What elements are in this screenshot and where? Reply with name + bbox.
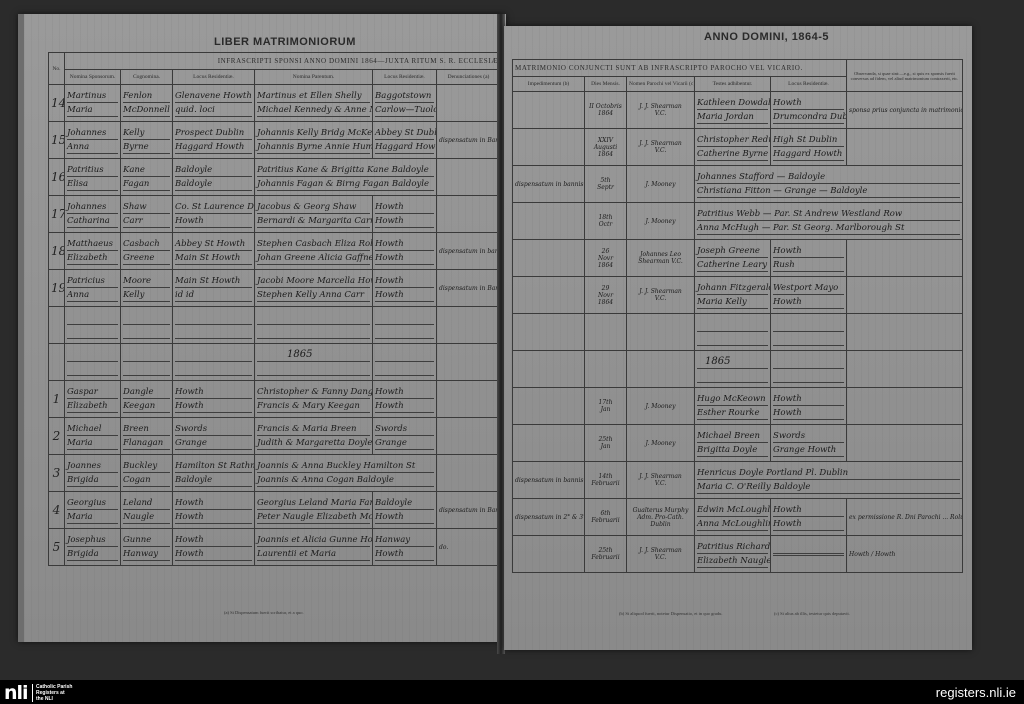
table-row: 25thFebruarii J. J. ShearmanV.C. Patriti… <box>513 536 963 573</box>
marriage-date-day: 17th <box>599 399 613 406</box>
table-row: 15 JohannesAnna KellyByrne Prospect Dubl… <box>49 122 501 159</box>
denunciations: do. <box>437 529 501 566</box>
denunciations <box>437 418 501 455</box>
table-row: dispensatum in bannis 14thFebruarii J. J… <box>513 462 963 499</box>
groom-parents-residence: Baggotstown <box>375 90 434 103</box>
marriage-date-day: 6th <box>600 510 610 517</box>
col-header-names: Nomina Sponsorum. <box>65 70 121 85</box>
year-marker: 1865 <box>697 356 768 369</box>
witness-1: Edwin McLoughlin <box>697 504 768 517</box>
priest-location: Dublin <box>650 521 670 528</box>
groom-residence: Howth <box>175 386 252 399</box>
marriage-date-day: 14th <box>599 473 613 480</box>
bride-parents: Laurentii et Maria <box>257 548 370 561</box>
table-row: II Octobris1864 J. J. ShearmanV.C. Kathl… <box>513 92 963 129</box>
table-row: 19 PatriciusAnna MooreKelly Main St Howt… <box>49 270 501 307</box>
marriage-date-month: Septr <box>597 184 614 191</box>
table-row: 17 JohannesCatharina ShawCarr Co. St Lau… <box>49 196 501 233</box>
marriage-date-day: XXIV <box>598 137 613 144</box>
bride-name: Elizabeth <box>67 400 118 413</box>
entry-number: 3 <box>49 455 65 492</box>
priest-title: V.C. <box>655 554 666 561</box>
bride-parents: Johannis Byrne Annie Humphry <box>257 141 370 154</box>
bride-residence: Main St Howth <box>175 252 252 265</box>
bride-residence: Baldoyle <box>175 474 252 487</box>
bride-residence: id id <box>175 289 252 302</box>
marriage-date-month: Jan <box>601 406 611 413</box>
priest-name: Johannes Leo <box>640 251 681 258</box>
bride-name: Elizabeth <box>67 252 118 265</box>
marriage-date-day: 26 <box>602 248 610 255</box>
table-row-blank <box>49 307 501 344</box>
groom-surname: Casbach <box>123 238 170 251</box>
observations: sponsa prius conjuncta in matrimonio fue… <box>847 92 963 129</box>
col-header-observations: Observanda, si quae sint:—e.g., si quis … <box>847 60 963 92</box>
groom-residence: Glenavene Howth <box>175 90 252 103</box>
impediment <box>513 92 585 129</box>
bride-parents: Bernardi & Margarita Carr <box>257 215 370 228</box>
groom-surname: Breen <box>123 423 170 436</box>
table-row: 4 GeorgiusMaria LelandNaugle HowthHowth … <box>49 492 501 529</box>
table-row: XXIVAugusti1864 J. J. ShearmanV.C. Chris… <box>513 129 963 166</box>
groom-name: Gaspar <box>67 386 118 399</box>
observations <box>847 425 963 462</box>
logo-caption: Catholic Parish Registers at the NLI <box>36 684 72 702</box>
witness-1-residence: Westport Mayo <box>773 282 844 295</box>
marriage-table-right: MATRIMONIO CONJUNCTI SUNT AB INFRASCRIPT… <box>512 59 963 573</box>
groom-residence: Abbey St Howth <box>175 238 252 251</box>
priest-name: J. J. Shearman <box>639 473 682 480</box>
marriage-date-day: 25th <box>599 436 613 443</box>
groom-residence: Baldoyle <box>175 164 252 177</box>
col-header-date: Dies Mensis. <box>585 77 627 92</box>
col-header-residence: Locus Residentiæ. <box>173 70 255 85</box>
impediment: dispensatum in 2° & 3° consanguinitatis … <box>513 499 585 536</box>
witness-2-residence: Howth <box>773 407 844 420</box>
marriage-date-month: Novr <box>598 255 613 262</box>
marriage-table-left: No. INFRASCRIPTI SPONSI ANNO DOMINI 1864… <box>48 52 501 566</box>
priest-name: J. Mooney <box>627 166 695 203</box>
witness-2: Maria C. O'Reilly Baldoyle <box>697 481 960 494</box>
marriage-date-day: 18th <box>599 214 613 221</box>
bride-parents-residence: Howth <box>375 400 434 413</box>
impediment <box>513 129 585 166</box>
col-header-surnames: Cognomina. <box>121 70 173 85</box>
observations <box>847 277 963 314</box>
impediment: dispensatum in bannis <box>513 462 585 499</box>
table-row: 1 GasparElizabeth DangleKeegan HowthHowt… <box>49 381 501 418</box>
groom-name: Georgius <box>67 497 118 510</box>
witness-1: Joseph Greene <box>697 245 768 258</box>
witness-1: Johannes Stafford — Baldoyle <box>697 171 960 184</box>
bride-name: Anna <box>67 289 118 302</box>
witness-1: Hugo McKeown <box>697 393 768 406</box>
marriage-date-day: 29 <box>602 285 610 292</box>
witness-2: Brigitta Doyle <box>697 444 768 457</box>
bride-parents: Joannis & Anna Cogan Baldoyle <box>257 474 434 487</box>
priest-name: J. J. Shearman <box>639 103 682 110</box>
bride-residence: Grange <box>175 437 252 450</box>
col-header-no: No. <box>49 53 65 85</box>
marriage-date-month: Novr <box>598 292 613 299</box>
priest-name: J. J. Shearman <box>639 288 682 295</box>
bride-parents-residence: Haggard Howth <box>375 141 434 154</box>
impediment <box>513 240 585 277</box>
table-row: 26Novr1864 Johannes LeoShearman V.C. Jos… <box>513 240 963 277</box>
image-viewer[interactable]: LIBER MATRIMONIORUM No. INFRASCRIPTI SPO… <box>0 0 1024 680</box>
witness-2: Elizabeth Naugle <box>697 555 768 568</box>
denunciations: dispensatum in Bannis <box>437 270 501 307</box>
bride-surname: Byrne <box>123 141 170 154</box>
groom-residence: Prospect Dublin <box>175 127 252 140</box>
groom-parents-residence: Abbey St Dublin <box>375 127 434 140</box>
groom-surname: Shaw <box>123 201 170 214</box>
table-row: dispensatum in 2° & 3° consanguinitatis … <box>513 499 963 536</box>
entry-number: 1 <box>49 381 65 418</box>
groom-name: Johannes <box>67 201 118 214</box>
bride-parents: Johan Greene Alicia Gaffney <box>257 252 370 265</box>
priest-title: V.C. <box>655 110 666 117</box>
bride-parents: Johannis Fagan & Birng Fagan Baldoyle <box>257 178 434 191</box>
groom-parents: Georgius Leland Maria Farrell <box>257 497 370 510</box>
priest-name: J. Mooney <box>627 203 695 240</box>
bride-name: Brigida <box>67 548 118 561</box>
priest-name: J. Mooney <box>627 425 695 462</box>
groom-residence: Howth <box>175 497 252 510</box>
groom-residence: Main St Howth <box>175 275 252 288</box>
witness-2-residence: Howth <box>773 296 844 309</box>
groom-surname: Dangle <box>123 386 170 399</box>
witness-1: Patritius Richard <box>697 541 768 554</box>
footnote-right-c: (c) Si alius ab illis, testetur quis dep… <box>774 611 850 616</box>
groom-parents: Jacobi Moore Marcella Howard <box>257 275 370 288</box>
witness-1: Michael Breen <box>697 430 768 443</box>
bride-surname: Greene <box>123 252 170 265</box>
table-row: 25thJan J. Mooney Michael BreenBrigitta … <box>513 425 963 462</box>
marriage-date-month: Octr <box>599 221 613 228</box>
denunciations: dispensatum in Bannis <box>437 122 501 159</box>
table-row-year-divider: 1865 <box>49 344 501 381</box>
col-header-witnesses: Testes adhibentur. <box>695 77 771 92</box>
groom-parents-residence: Swords <box>375 423 434 436</box>
page-banner-left: INFRASCRIPTI SPONSI ANNO DOMINI 1864—JUX… <box>65 53 501 70</box>
priest-name: J. J. Shearman <box>639 140 682 147</box>
bride-residence: Howth <box>175 548 252 561</box>
observations <box>847 240 963 277</box>
priest-name: J. J. Shearman <box>639 547 682 554</box>
marriage-date-day: 5th <box>600 177 610 184</box>
witness-1-residence: Howth <box>773 504 844 517</box>
witness-1-residence: Howth <box>773 393 844 406</box>
bride-surname: McDonnell <box>123 104 170 117</box>
denunciations <box>437 381 501 418</box>
entry-number: 14 <box>49 85 65 122</box>
col-header-impediment: Impedimentum (b) <box>513 77 585 92</box>
bride-surname: Naugle <box>123 511 170 524</box>
bride-parents-residence: Howth <box>375 215 434 228</box>
bride-residence: Howth <box>175 511 252 524</box>
groom-name: Martinus <box>67 90 118 103</box>
page-title-left: LIBER MATRIMONIORUM <box>214 36 356 48</box>
marriage-date-month: Augusti <box>594 144 617 151</box>
table-row: 3 JoannesBrigida BuckleyCogan Hamilton S… <box>49 455 501 492</box>
groom-name: Josephus <box>67 534 118 547</box>
witness-2-residence: Rush <box>773 259 844 272</box>
groom-parents-residence: Hanway <box>375 534 434 547</box>
groom-name: Johannes <box>67 127 118 140</box>
priest-title: V.C. <box>655 295 666 302</box>
bride-residence: Haggard Howth <box>175 141 252 154</box>
groom-name: Matthaeus <box>67 238 118 251</box>
priest-name: Gualterus Murphy <box>633 507 689 514</box>
groom-parents: Joannis et Alicia Gunne Ho. <box>257 534 370 547</box>
groom-parents-residence: Howth <box>375 275 434 288</box>
col-header-parents: Nomina Parentum. <box>255 70 373 85</box>
witness-1-residence: Howth <box>773 245 844 258</box>
groom-residence: Co. St Laurence Dublin <box>175 201 252 214</box>
groom-name: Joannes <box>67 460 118 473</box>
logo-caption-line: the NLI <box>36 696 72 702</box>
marriage-date-year: 1864 <box>598 262 613 269</box>
witness-2: Christiana Fitton — Grange — Baldoyle <box>697 185 960 198</box>
groom-residence: Howth <box>175 534 252 547</box>
denunciations <box>437 85 501 122</box>
groom-parents: Christopher & Fanny Dangle <box>257 386 370 399</box>
bride-parents: Michael Kennedy & Anne Neill <box>257 104 370 117</box>
bride-parents-residence: Howth <box>375 289 434 302</box>
marriage-date-day: II Octobris <box>589 103 622 110</box>
table-row: 29Novr1864 J. J. ShearmanV.C. Johann Fit… <box>513 277 963 314</box>
groom-parents: Francis & Maria Breen <box>257 423 370 436</box>
impediment <box>513 425 585 462</box>
marriage-date-month: Februarii <box>591 517 619 524</box>
bride-name: Brigida <box>67 474 118 487</box>
page-banner-right: MATRIMONIO CONJUNCTI SUNT AB INFRASCRIPT… <box>513 60 847 77</box>
bride-parents-residence: Carlow—Tuolock <box>375 104 434 117</box>
witness-1: Patritius Webb — Par. St Andrew Westland… <box>697 208 960 221</box>
groom-parents: Joannis & Anna Buckley Hamilton St <box>257 460 434 473</box>
bride-surname: Flanagan <box>123 437 170 450</box>
witness-2: Maria Kelly <box>697 296 768 309</box>
entry-number: 5 <box>49 529 65 566</box>
witness-1: Kathleen Dowdall <box>697 97 768 110</box>
entry-number: 16 <box>49 159 65 196</box>
bride-parents-residence: Howth <box>375 252 434 265</box>
bride-parents: Judith & Margaretta Doyle <box>257 437 370 450</box>
table-row: 5 JosephusBrigida GunneHanway HowthHowth… <box>49 529 501 566</box>
bride-residence: Baldoyle <box>175 178 252 191</box>
groom-surname: Leland <box>123 497 170 510</box>
witness-2-residence: Haggard Howth <box>773 148 844 161</box>
col-header-priest: Nomen Parochi vel Vicarii (c) <box>627 77 695 92</box>
priest-title: Shearman V.C. <box>638 258 682 265</box>
groom-surname: Moore <box>123 275 170 288</box>
impediment <box>513 277 585 314</box>
marriage-date-year: 1864 <box>598 151 613 158</box>
table-row: 14 MartinusMaria FenlonMcDonnell Glenave… <box>49 85 501 122</box>
denunciations <box>437 455 501 492</box>
entry-number: 2 <box>49 418 65 455</box>
impediment <box>513 388 585 425</box>
entry-number: 15 <box>49 122 65 159</box>
witness-2: Anna McHugh — Par. St Georg. Marlborough… <box>697 222 960 235</box>
footnote-right-b: (b) Si aliquod fuerit, notetur Dispensat… <box>619 611 722 616</box>
witness-2: Maria Jordan <box>697 111 768 124</box>
bride-name: Maria <box>67 437 118 450</box>
groom-parents: Jacobus & Georg Shaw <box>257 201 370 214</box>
entry-number: 4 <box>49 492 65 529</box>
denunciations: dispensatum in bannis <box>437 233 501 270</box>
footnote-left: (a) Si Dispensatum fuerit scribatur, et … <box>224 610 304 615</box>
observations <box>847 388 963 425</box>
bride-surname: Fagan <box>123 178 170 191</box>
witness-1-residence <box>773 553 844 554</box>
bride-parents: Peter Naugle Elizabeth McWilliams <box>257 511 370 524</box>
entry-number: 19 <box>49 270 65 307</box>
bride-residence: Howth <box>175 400 252 413</box>
marriage-date-year: 1864 <box>598 299 613 306</box>
bride-surname: Cogan <box>123 474 170 487</box>
witness-2-residence: Howth <box>773 518 844 531</box>
groom-parents: Johannis Kelly Bridg McKelly <box>257 127 370 140</box>
witness-2-residence <box>773 555 844 556</box>
bride-parents: Stephen Kelly Anna Carr <box>257 289 370 302</box>
marriage-date-month: Februarii <box>591 554 619 561</box>
logo-divider <box>32 684 33 702</box>
groom-surname: Kelly <box>123 127 170 140</box>
impediment <box>513 536 585 573</box>
priest-title: V.C. <box>655 480 666 487</box>
priest-name: J. Mooney <box>627 388 695 425</box>
bride-residence: Howth <box>175 215 252 228</box>
footer-bar <box>0 680 1024 704</box>
table-row: 16 PatritiusElisa KaneFagan BaldoyleBald… <box>49 159 501 196</box>
bride-surname: Keegan <box>123 400 170 413</box>
witness-1: Henricus Doyle Portland Pl. Dublin <box>697 467 960 480</box>
observations <box>847 129 963 166</box>
register-page-right: ANNO DOMINI, 1864-5 MATRIMONIO CONJUNCTI… <box>504 26 972 650</box>
site-link[interactable]: registers.nli.ie <box>936 685 1016 700</box>
table-row: 2 MichaelMaria BreenFlanagan SwordsGrang… <box>49 418 501 455</box>
observations: Howth / Howth <box>847 536 963 573</box>
bride-parents-residence: Grange <box>375 437 434 450</box>
denunciations: dispensatum in Bannis <box>437 492 501 529</box>
witness-1: Johann Fitzgerald <box>697 282 768 295</box>
groom-surname: Kane <box>123 164 170 177</box>
witness-2: Catherine Leary <box>697 259 768 272</box>
witness-2: Anna McLoughlin <box>697 518 768 531</box>
table-row: dispensatum in bannis et in tertio consa… <box>513 166 963 203</box>
table-row: 18 MatthaeusElizabeth CasbachGreene Abbe… <box>49 233 501 270</box>
bride-residence: quid. loci <box>175 104 252 117</box>
marriage-date-year: 1864 <box>598 110 613 117</box>
impediment: dispensatum in bannis et in tertio consa… <box>513 166 585 203</box>
groom-surname: Gunne <box>123 534 170 547</box>
groom-parents: Stephen Casbach Eliza Rolls <box>257 238 370 251</box>
entry-number: 17 <box>49 196 65 233</box>
groom-parents: Patritius Kane & Brigitta Kane Baldoyle <box>257 164 434 177</box>
table-row: 18thOctr J. Mooney Patritius Webb — Par.… <box>513 203 963 240</box>
table-row-blank <box>513 314 963 351</box>
entry-number: 18 <box>49 233 65 270</box>
groom-parents-residence: Howth <box>375 238 434 251</box>
marriage-date-month: Februarii <box>591 480 619 487</box>
table-row-year-divider: 1865 <box>513 351 963 388</box>
groom-parents: Martinus et Ellen Shelly <box>257 90 370 103</box>
denunciations <box>437 196 501 233</box>
groom-name: Patritius <box>67 164 118 177</box>
bride-name: Anna <box>67 141 118 154</box>
nli-logo-icon[interactable]: nli <box>4 684 28 702</box>
groom-surname: Buckley <box>123 460 170 473</box>
marriage-date-day: 25th <box>599 547 613 554</box>
bride-surname: Kelly <box>123 289 170 302</box>
priest-title: V.C. <box>655 147 666 154</box>
table-row: 17thJan J. Mooney Hugo McKeownEsther Rou… <box>513 388 963 425</box>
groom-parents-residence: Howth <box>375 386 434 399</box>
groom-residence: Swords <box>175 423 252 436</box>
bride-name: Elisa <box>67 178 118 191</box>
witness-1-residence: Howth <box>773 97 844 110</box>
page-title-right: ANNO DOMINI, 1864-5 <box>704 31 829 43</box>
groom-surname: Fenlon <box>123 90 170 103</box>
observations: ex permissione R. Dni Parochi ... Rolum … <box>847 499 963 536</box>
bride-name: Maria <box>67 511 118 524</box>
bride-parents-residence: Howth <box>375 548 434 561</box>
bride-surname: Hanway <box>123 548 170 561</box>
bride-name: Maria <box>67 104 118 117</box>
witness-2: Catherine Byrne <box>697 148 768 161</box>
groom-name: Patricius <box>67 275 118 288</box>
denunciations <box>437 159 501 196</box>
groom-parents-residence: Howth <box>375 201 434 214</box>
witness-1-residence: Swords <box>773 430 844 443</box>
bride-parents-residence: Howth <box>375 511 434 524</box>
witness-1-residence: High St Dublin <box>773 134 844 147</box>
register-page-left: LIBER MATRIMONIORUM No. INFRASCRIPTI SPO… <box>18 14 506 642</box>
impediment <box>513 203 585 240</box>
groom-name: Michael <box>67 423 118 436</box>
bride-parents: Francis & Mary Keegan <box>257 400 370 413</box>
witness-1: Christopher Redmond <box>697 134 768 147</box>
col-header-denunciations: Denunciationes (a) <box>437 70 501 85</box>
col-header-witness-residence: Locus Residentiæ. <box>771 77 847 92</box>
groom-residence: Hamilton St Rathmines <box>175 460 252 473</box>
groom-parents-residence: Baldoyle <box>375 497 434 510</box>
marriage-date-month: Jan <box>601 443 611 450</box>
priest-title: Adm. Pro-Cath. <box>637 514 684 521</box>
bride-name: Catharina <box>67 215 118 228</box>
witness-2: Esther Rourke <box>697 407 768 420</box>
bride-surname: Carr <box>123 215 170 228</box>
year-marker: 1865 <box>257 349 370 362</box>
witness-2-residence: Grange Howth <box>773 444 844 457</box>
witness-2-residence: Drumcondra Dublin <box>773 111 844 124</box>
col-header-parents-residence: Locus Residentiæ. <box>373 70 437 85</box>
